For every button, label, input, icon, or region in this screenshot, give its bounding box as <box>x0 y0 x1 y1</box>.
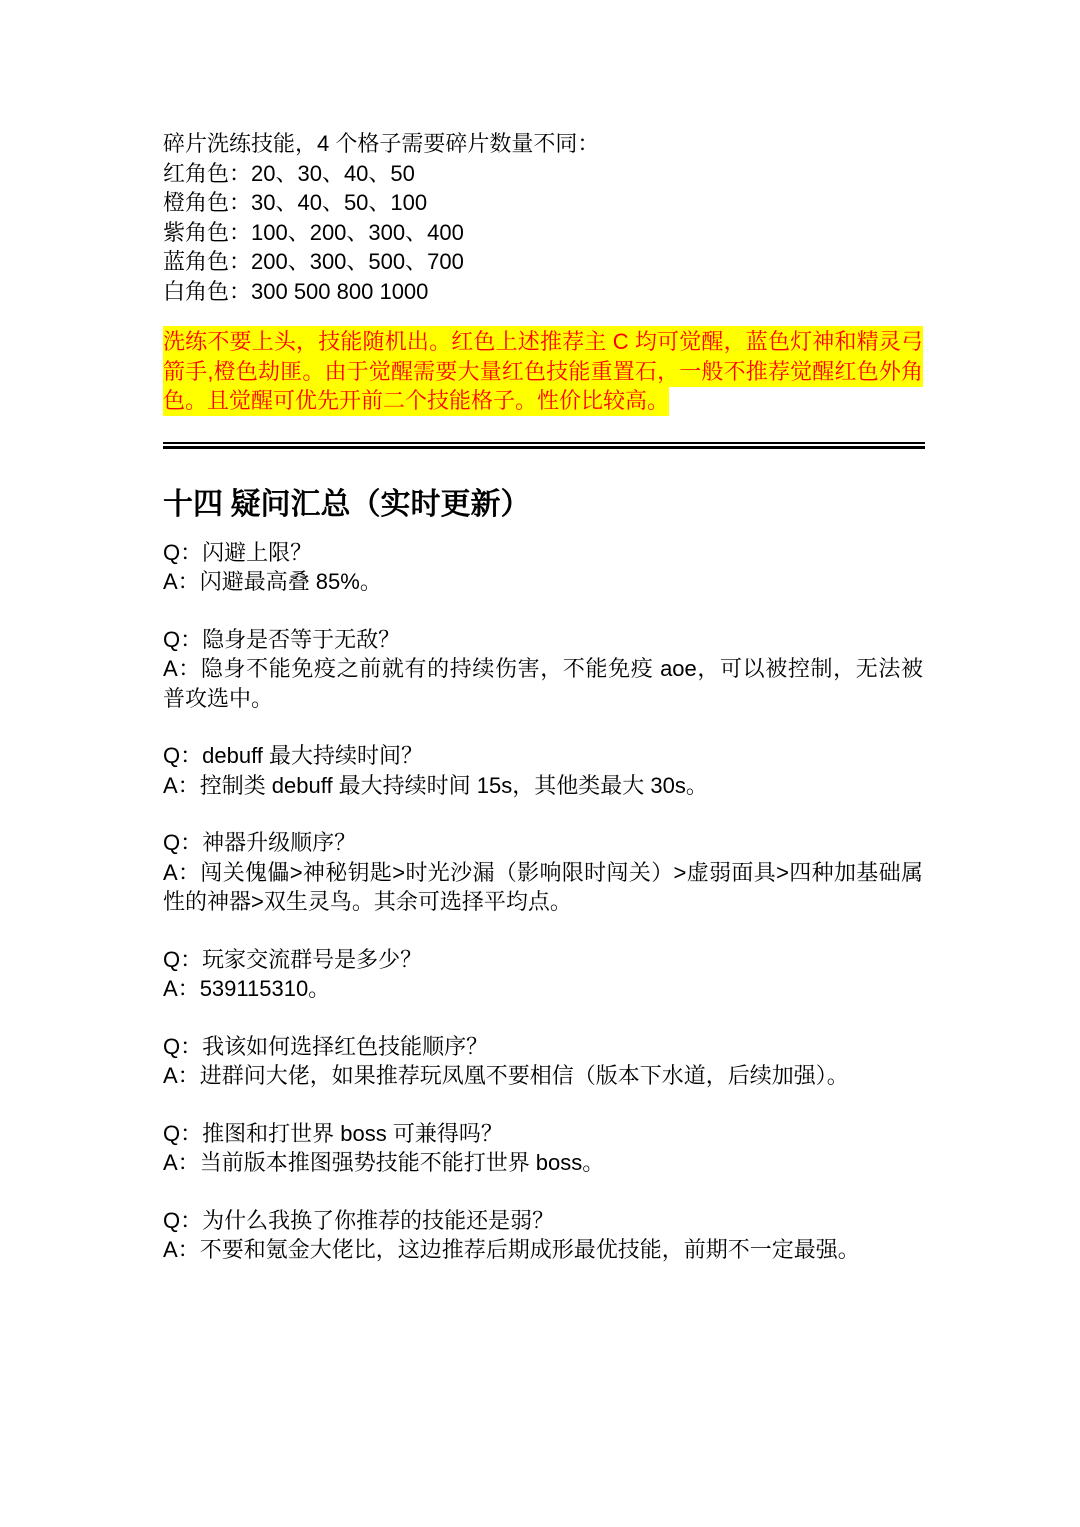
answer-text: 闪避最高叠 85%。 <box>200 569 382 594</box>
question-text: 我该如何选择红色技能顺序？ <box>202 1034 488 1059</box>
question-label: Q： <box>163 830 202 855</box>
answer-line: A：进群问大佬，如果推荐玩凤凰不要相信（版本下水道，后续加强）。 <box>163 1061 923 1091</box>
cost-line-white: 白角色：300 500 800 1000 <box>163 277 923 307</box>
question-line: Q：闪避上限？ <box>163 538 923 568</box>
answer-line: A：闯关傀儡>神秘钥匙>时光沙漏（影响限时闯关）>虚弱面具>四种加基础属性的神器… <box>163 858 923 917</box>
answer-line: A：隐身不能免疫之前就有的持续伤害，不能免疫 aoe，可以被控制，无法被普攻选中… <box>163 654 923 713</box>
answer-line: A：不要和氪金大佬比，这边推荐后期成形最优技能，前期不一定最强。 <box>163 1235 923 1265</box>
answer-label: A： <box>163 1063 200 1088</box>
question-line: Q：玩家交流群号是多少？ <box>163 945 923 975</box>
question-label: Q： <box>163 540 202 565</box>
answer-line: A：闪避最高叠 85%。 <box>163 567 923 597</box>
question-line: Q：推图和打世界 boss 可兼得吗？ <box>163 1119 923 1149</box>
question-label: Q： <box>163 1034 202 1059</box>
answer-label: A： <box>163 976 200 1001</box>
answer-label: A： <box>163 773 200 798</box>
qa-item: Q：神器升级顺序？ A：闯关傀儡>神秘钥匙>时光沙漏（影响限时闯关）>虚弱面具>… <box>163 828 923 917</box>
warning-paragraph: 洗练不要上头，技能随机出。红色上述推荐主 C 均可觉醒，蓝色灯神和精灵弓箭手,橙… <box>163 327 923 416</box>
question-text: 闪避上限？ <box>202 540 312 565</box>
document-page: 碎片洗练技能，4 个格子需要碎片数量不同： 红角色：20、30、40、50 橙角… <box>0 0 1080 1527</box>
cost-line-purple: 紫角色：100、200、300、400 <box>163 218 923 248</box>
question-line: Q：为什么我换了你推荐的技能还是弱？ <box>163 1206 923 1236</box>
answer-line: A：539115310。 <box>163 974 923 1004</box>
question-label: Q： <box>163 1208 202 1233</box>
qa-item: Q：我该如何选择红色技能顺序？ A：进群问大佬，如果推荐玩凤凰不要相信（版本下水… <box>163 1032 923 1091</box>
answer-label: A： <box>163 1150 200 1175</box>
question-label: Q： <box>163 627 202 652</box>
question-line: Q：debuff 最大持续时间？ <box>163 741 923 771</box>
answer-text: 控制类 debuff 最大持续时间 15s，其他类最大 30s。 <box>200 773 708 798</box>
question-label: Q： <box>163 1121 202 1146</box>
question-text: 推图和打世界 boss 可兼得吗？ <box>202 1121 503 1146</box>
answer-label: A： <box>163 860 200 885</box>
question-text: 玩家交流群号是多少？ <box>202 947 422 972</box>
answer-line: A：当前版本推图强势技能不能打世界 boss。 <box>163 1148 923 1178</box>
answer-text: 进群问大佬，如果推荐玩凤凰不要相信（版本下水道，后续加强）。 <box>200 1063 849 1088</box>
answer-text: 当前版本推图强势技能不能打世界 boss。 <box>200 1150 605 1175</box>
question-line: Q：隐身是否等于无敌？ <box>163 625 923 655</box>
question-label: Q： <box>163 947 202 972</box>
answer-label: A： <box>163 656 201 681</box>
warning-highlight: 洗练不要上头，技能随机出。红色上述推荐主 C 均可觉醒，蓝色灯神和精灵弓箭手,橙… <box>163 326 923 416</box>
question-text: 为什么我换了你推荐的技能还是弱？ <box>202 1208 554 1233</box>
answer-text: 不要和氪金大佬比，这边推荐后期成形最优技能，前期不一定最强。 <box>200 1237 860 1262</box>
question-line: Q：神器升级顺序？ <box>163 828 923 858</box>
answer-text: 539115310。 <box>200 976 331 1001</box>
document-content: 碎片洗练技能，4 个格子需要碎片数量不同： 红角色：20、30、40、50 橙角… <box>163 0 923 1265</box>
question-line: Q：我该如何选择红色技能顺序？ <box>163 1032 923 1062</box>
qa-item: Q：为什么我换了你推荐的技能还是弱？ A：不要和氪金大佬比，这边推荐后期成形最优… <box>163 1206 923 1265</box>
answer-label: A： <box>163 1237 200 1262</box>
answer-label: A： <box>163 569 200 594</box>
qa-item: Q：debuff 最大持续时间？ A：控制类 debuff 最大持续时间 15s… <box>163 741 923 800</box>
question-text: debuff 最大持续时间？ <box>202 743 423 768</box>
qa-list: Q：闪避上限？ A：闪避最高叠 85%。 Q：隐身是否等于无敌？ A：隐身不能免… <box>163 538 923 1265</box>
qa-item: Q：玩家交流群号是多少？ A：539115310。 <box>163 945 923 1004</box>
section-heading: 十四 疑问汇总（实时更新） <box>163 487 923 523</box>
qa-item: Q：闪避上限？ A：闪避最高叠 85%。 <box>163 538 923 597</box>
section-divider <box>163 442 925 449</box>
answer-text: 隐身不能免疫之前就有的持续伤害，不能免疫 aoe，可以被控制，无法被普攻选中。 <box>163 656 923 711</box>
answer-line: A：控制类 debuff 最大持续时间 15s，其他类最大 30s。 <box>163 771 923 801</box>
fragment-intro: 碎片洗练技能，4 个格子需要碎片数量不同： <box>163 129 923 159</box>
question-label: Q： <box>163 743 202 768</box>
answer-text: 闯关傀儡>神秘钥匙>时光沙漏（影响限时闯关）>虚弱面具>四种加基础属性的神器>双… <box>163 860 923 915</box>
question-text: 神器升级顺序？ <box>202 830 356 855</box>
cost-line-red: 红角色：20、30、40、50 <box>163 159 923 189</box>
cost-line-blue: 蓝角色：200、300、500、700 <box>163 247 923 277</box>
question-text: 隐身是否等于无敌？ <box>202 627 400 652</box>
qa-item: Q：隐身是否等于无敌？ A：隐身不能免疫之前就有的持续伤害，不能免疫 aoe，可… <box>163 625 923 714</box>
qa-item: Q：推图和打世界 boss 可兼得吗？ A：当前版本推图强势技能不能打世界 bo… <box>163 1119 923 1178</box>
cost-line-orange: 橙角色：30、40、50、100 <box>163 188 923 218</box>
